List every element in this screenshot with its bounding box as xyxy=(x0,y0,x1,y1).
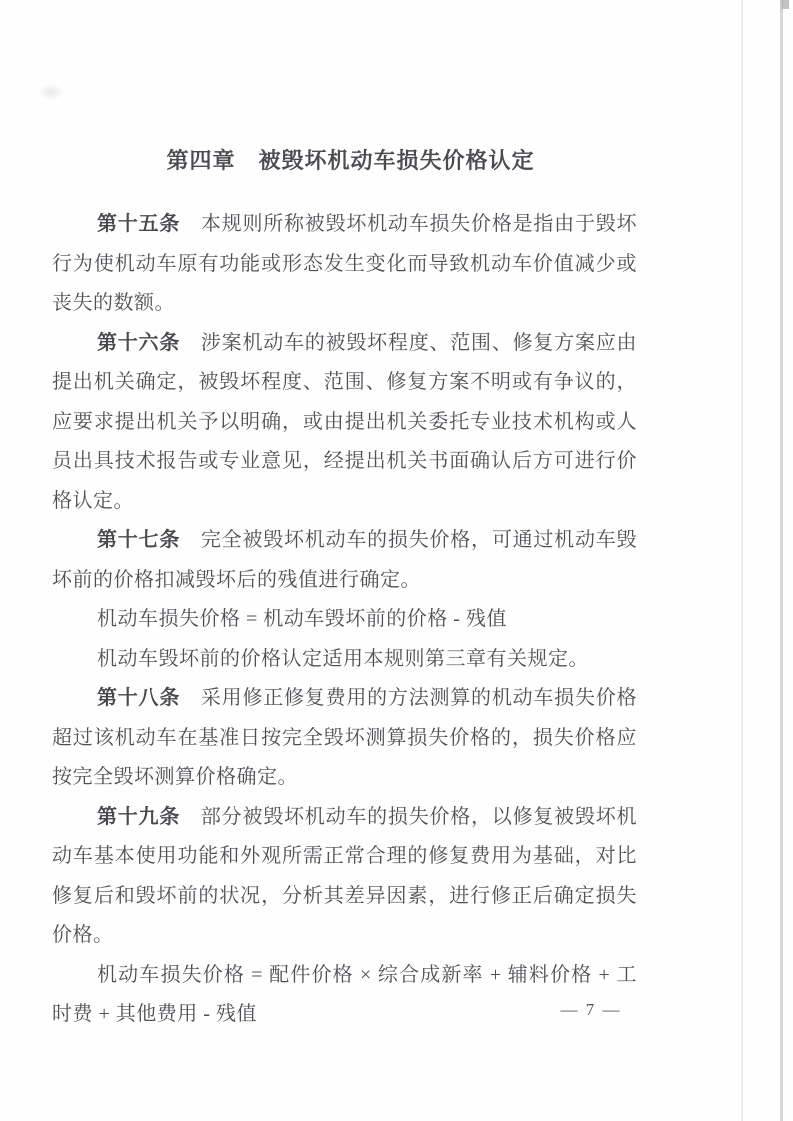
document-page: 第四章 被毁坏机动车损失价格认定 第十五条 本规则所称被毁坏机动车损失价格是指由… xyxy=(0,0,793,1121)
article-17-paragraph: 第十七条 完全被毁坏机动车的损失价格，可通过机动车毁坏前的价格扣减毁坏后的残值进… xyxy=(52,521,637,600)
formula-total-loss-price: 机动车损失价格 = 机动车毁坏前的价格 - 残值 xyxy=(52,600,637,640)
article-19-number: 第十九条 xyxy=(97,806,201,828)
article-15-number: 第十五条 xyxy=(97,213,201,235)
page-content: 第四章 被毁坏机动车损失价格认定 第十五条 本规则所称被毁坏机动车损失价格是指由… xyxy=(52,147,637,1035)
article-17-note-paragraph: 机动车毁坏前的价格认定适用本规则第三章有关规定。 xyxy=(52,640,637,680)
article-16-paragraph: 第十六条 涉案机动车的被毁坏程度、范围、修复方案应由提出机关确定，被毁坏程度、范… xyxy=(52,324,637,522)
article-17-note-text: 机动车毁坏前的价格认定适用本规则第三章有关规定。 xyxy=(97,648,589,670)
formula-partial-loss-price: 机动车损失价格 = 配件价格 × 综合成新率 + 辅料价格 + 工时费 + 其他… xyxy=(52,956,637,1035)
scan-corner-mark xyxy=(782,0,789,9)
page-number: — 7 — xyxy=(543,999,639,1021)
scan-edge-line-inner xyxy=(741,0,743,1121)
article-18-number: 第十八条 xyxy=(97,687,201,709)
article-16-number: 第十六条 xyxy=(97,332,201,354)
scan-edge-line-outer xyxy=(780,0,783,1121)
article-18-paragraph: 第十八条 采用修正修复费用的方法测算的机动车损失价格超过该机动车在基准日按完全毁… xyxy=(52,679,637,798)
article-17-number: 第十七条 xyxy=(97,529,201,551)
article-19-paragraph: 第十九条 部分被毁坏机动车的损失价格，以修复被毁坏机动车基本使用功能和外观所需正… xyxy=(52,798,637,956)
formula-total-loss-price-text: 机动车损失价格 = 机动车毁坏前的价格 - 残值 xyxy=(97,608,507,630)
scan-smudge xyxy=(38,84,64,100)
article-16-text: 涉案机动车的被毁坏程度、范围、修复方案应由提出机关确定，被毁坏程度、范围、修复方… xyxy=(52,332,637,512)
chapter-title: 第四章 被毁坏机动车损失价格认定 xyxy=(64,147,637,175)
article-15-paragraph: 第十五条 本规则所称被毁坏机动车损失价格是指由于毁坏行为使机动车原有功能或形态发… xyxy=(52,205,637,324)
